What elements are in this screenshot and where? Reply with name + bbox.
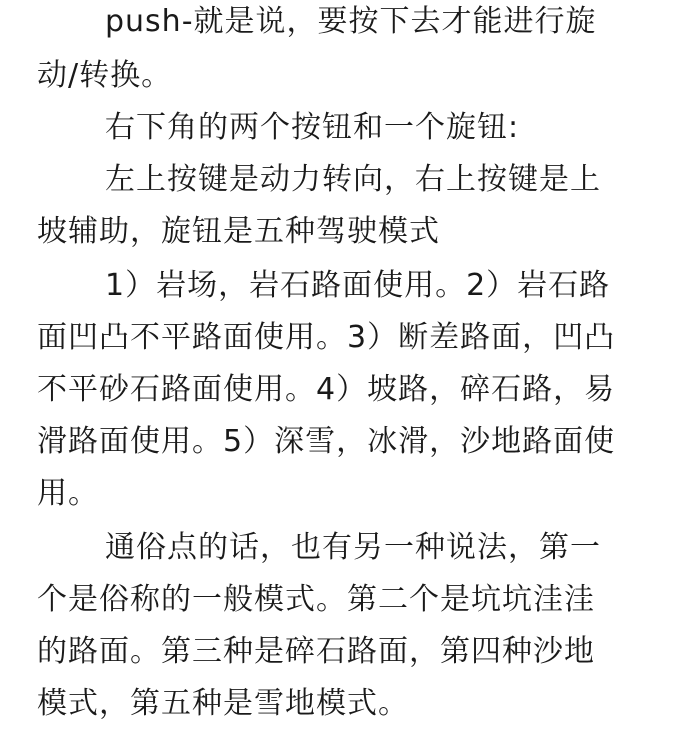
text-line: 坡辅助，旋钮是五种驾驶模式 [37, 214, 440, 250]
text-line: 个是俗称的一般模式。第二个是坑坑洼洼 [37, 582, 595, 618]
text-line: 滑路面使用。5）深雪，冰滑，沙地路面使 [37, 424, 615, 460]
text-line: 用。 [37, 476, 99, 512]
text-line: 动/转换。 [37, 58, 172, 94]
text-line: 右下角的两个按钮和一个旋钮: [105, 110, 519, 146]
text-line: 1）岩场，岩石路面使用。2）岩石路 [105, 268, 610, 304]
text-line: 模式，第五种是雪地模式。 [37, 686, 409, 722]
text-line: 面凹凸不平路面使用。3）断差路面，凹凸 [37, 320, 615, 356]
text-line: 不平砂石路面使用。4）坡路，碎石路，易 [37, 372, 615, 408]
text-line: 通俗点的话，也有另一种说法，第一 [105, 530, 601, 566]
text-line: 左上按键是动力转向，右上按键是上 [105, 162, 601, 198]
text-line: push-就是说，要按下去才能进行旋 [105, 4, 597, 40]
text-line: 的路面。第三种是碎石路面，第四种沙地 [37, 634, 595, 670]
